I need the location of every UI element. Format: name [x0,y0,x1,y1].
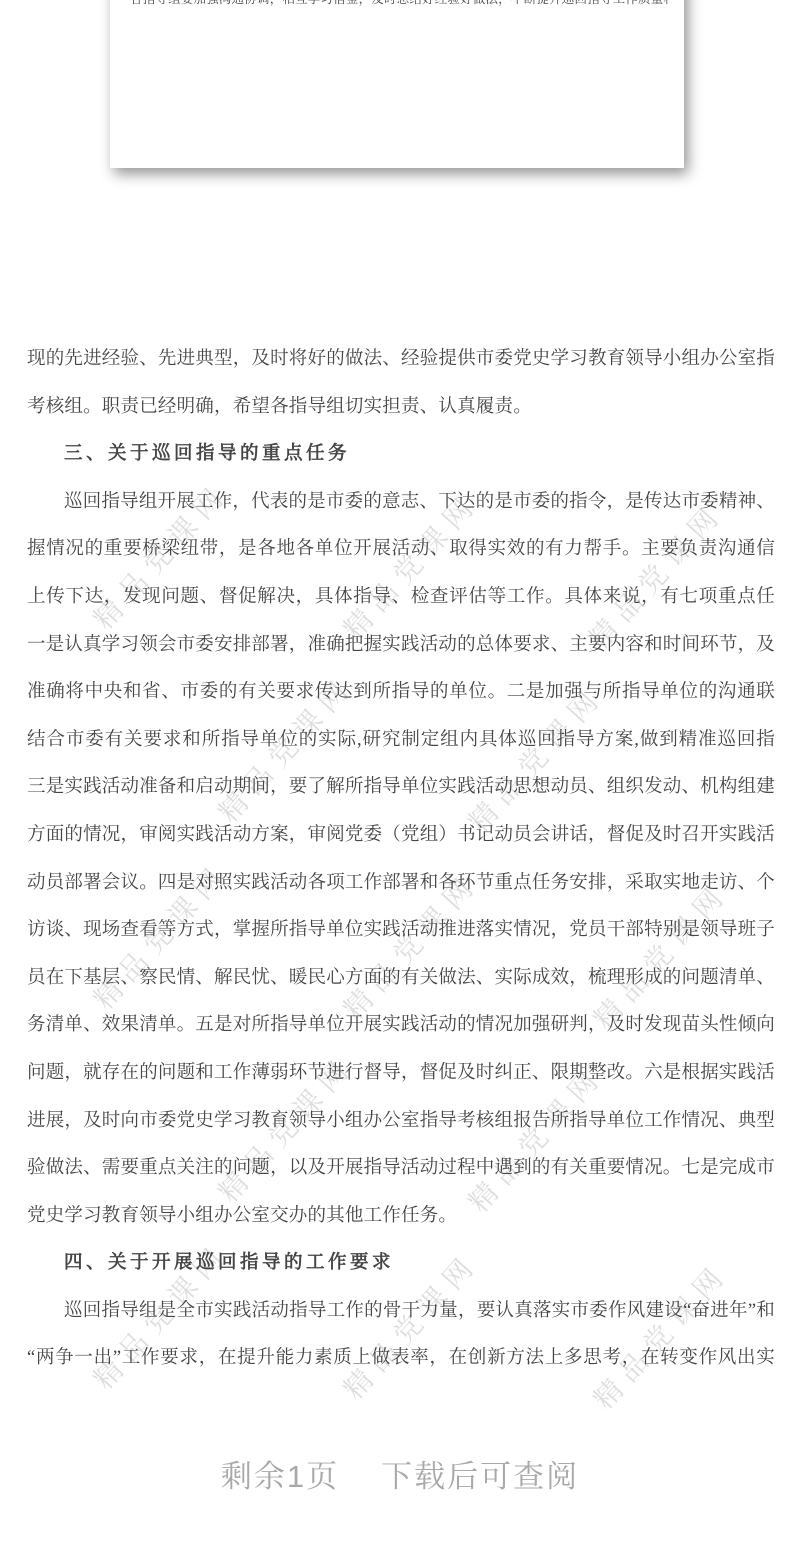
text-line: 巡回指导组是全市实践活动指导工作的骨干力量，要认真落实市委作风建设“奋进年”和 [27,1288,775,1336]
text-line: 动员部署会议。四是对照实践活动各项工作部署和各环节重点任务安排，采取实地走访、个… [27,860,775,908]
text-line: 进展，及时向市委党史学习教育领导小组办公室指导考核组报告所指导单位工作情况、典型… [27,1098,775,1146]
text-line: 党史学习教育领导小组办公室交办的其他工作任务。 [27,1193,775,1241]
text-line: 问题，就存在的问题和工作薄弱环节进行督导，督促及时纠正、限期整改。六是根据实践活… [27,1050,775,1098]
text-line: 现的先进经验、先进典型，及时将好的做法、经验提供市委党史学习教育领导小组办公室指… [27,336,775,384]
previous-page-sheet: 各指导组要加强沟通协调，相互学习借鉴，及时总结好经验好做法，不断提升巡回指导工作… [110,0,684,168]
text-line: 结合市委有关要求和所指导单位的实际,研究制定组内具体巡回指导方案,做到精准巡回指… [27,717,775,765]
previous-page-clipped-text: 各指导组要加强沟通协调，相互学习借鉴，及时总结好经验好做法，不断提升巡回指导工作… [130,0,670,7]
text-line: 巡回指导组开展工作，代表的是市委的意志、下达的是市委的指令，是传达市委精神、掌 [27,479,775,527]
text-line: 三是实践活动准备和启动期间，要了解所指导单位实践活动思想动员、组织发动、机构组建… [27,764,775,812]
remaining-pages-bar: 剩余1页 下载后可查阅 [0,1448,800,1498]
text-line: 上传下达，发现问题、督促解决，具体指导、检查评估等工作。具体来说，有七项重点任务… [27,574,775,622]
document-page-content: 现的先进经验、先进典型，及时将好的做法、经验提供市委党史学习教育领导小组办公室指… [27,336,775,1383]
text-line: 准确将中央和省、市委的有关要求传达到所指导的单位。二是加强与所指导单位的沟通联系… [27,669,775,717]
remaining-pages-label: 剩余1页 [221,1451,339,1496]
section-heading: 三、关于巡回指导的重点任务 [27,431,775,479]
text-line: 务清单、效果清单。五是对所指导单位开展实践活动的情况加强研判，及时发现苗头性倾向… [27,1002,775,1050]
section-heading: 四、关于开展巡回指导的工作要求 [27,1240,775,1288]
text-line: 握情况的重要桥梁纽带，是各地各单位开展活动、取得实效的有力帮手。主要负责沟通信息… [27,526,775,574]
text-line: 访谈、现场查看等方式，掌握所指导单位实践活动推进落实情况，党员干部特别是领导班子… [27,907,775,955]
text-line: 一是认真学习领会市委安排部署，准确把握实践活动的总体要求、主要内容和时间环节，及… [27,622,775,670]
text-line: 考核组。职责已经明确，希望各指导组切实担责、认真履责。 [27,384,775,432]
download-hint-label: 下载后可查阅 [381,1451,579,1496]
text-line: 员在下基层、察民情、解民忧、暖民心方面的有关做法、实际成效，梳理形成的问题清单、… [27,955,775,1003]
text-line: “两争一出”工作要求，在提升能力素质上做表率，在创新方法上多思考，在转变作风出实… [27,1335,775,1383]
text-line: 验做法、需要重点关注的问题，以及开展指导活动过程中遇到的有关重要情况。七是完成市… [27,1145,775,1193]
text-line: 方面的情况，审阅实践活动方案，审阅党委（党组）书记动员会讲话，督促及时召开实践活… [27,812,775,860]
